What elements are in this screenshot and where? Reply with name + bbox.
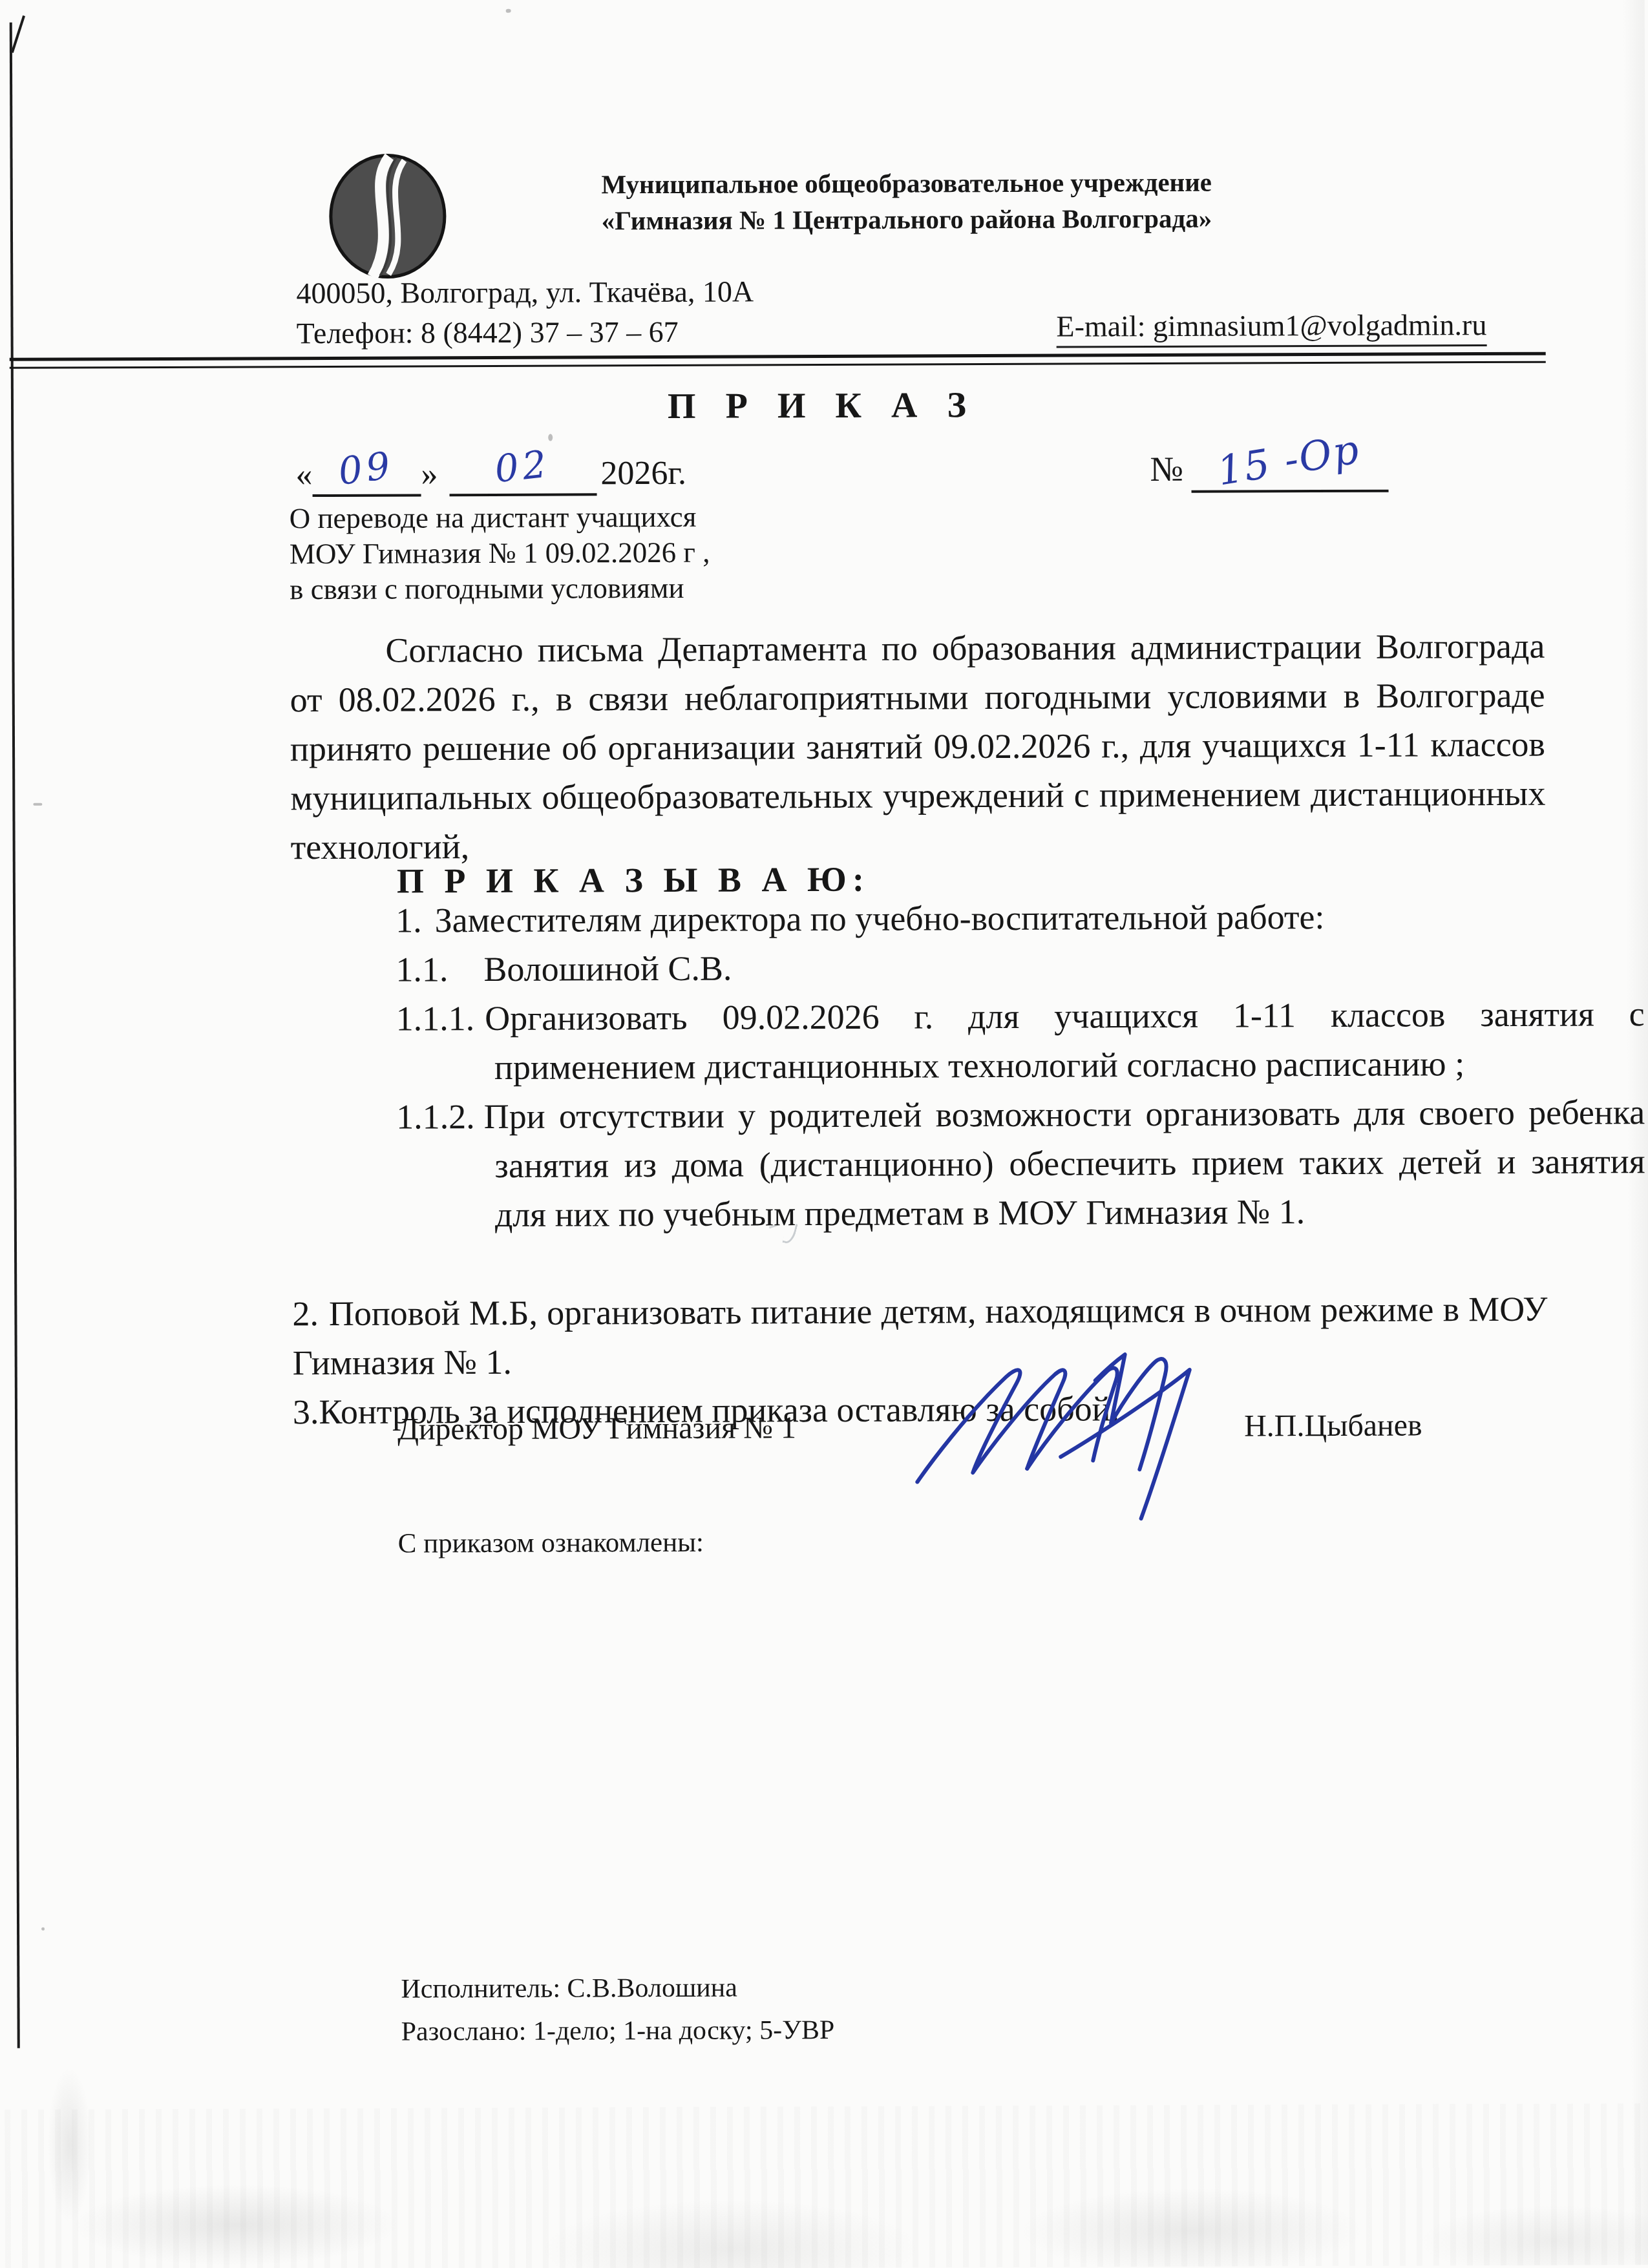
number-blank-line: 15 -Ор xyxy=(1191,443,1388,493)
subject-line2: МОУ Гимназия № 1 09.02.2026 г , xyxy=(290,535,710,572)
acknowledged-label: С приказом ознакомлены: xyxy=(398,1527,704,1560)
order-item-number: 3. xyxy=(293,1392,319,1431)
scan-speck xyxy=(506,9,511,13)
director-signature xyxy=(898,1340,1221,1535)
scan-left-edge-line xyxy=(10,23,20,2048)
distribution-line: Разослано: 1-дело; 1-на доску; 5-УВР xyxy=(401,2015,835,2048)
director-name: Н.П.Цыбанев xyxy=(1244,1407,1422,1444)
order-item-number: 2. xyxy=(292,1294,319,1333)
header-rule-top xyxy=(10,352,1546,361)
number-sign: № xyxy=(1150,450,1183,488)
order-item-number: 1. xyxy=(396,901,422,940)
handwritten-month: 02 xyxy=(492,441,553,491)
order-item-number: 1.1.1. xyxy=(396,999,475,1038)
phone-line: Телефон: 8 (8442) 37 – 37 – 67 xyxy=(296,315,678,350)
subject-block: О переводе на дистант учащихся МОУ Гимна… xyxy=(290,499,710,607)
scanned-document-page: Муниципальное общеобразовательное учрежд… xyxy=(0,0,1648,2268)
document-title: П Р И К А З xyxy=(0,382,1646,430)
day-blank-line: 09 xyxy=(312,450,421,497)
organization-name-line2: «Гимназия № 1 Центрального района Волгог… xyxy=(555,200,1259,238)
order-item-text: При отсутствии у родителей возможности о… xyxy=(484,1093,1645,1234)
order-item-text: Заместителям директора по учебно-воспита… xyxy=(434,898,1324,940)
order-item-1-1: 1.1.Волошиной С.В. xyxy=(396,940,1644,994)
order-item-1-1-2: 1.1.2.При отсутствии у родителей возможн… xyxy=(396,1087,1645,1239)
executor-line: Исполнитель: С.В.Волошина xyxy=(401,1973,737,2005)
scan-bottom-noise xyxy=(5,2103,1648,2268)
scan-speck xyxy=(41,1927,45,1931)
month-blank-line: 02 xyxy=(449,449,597,496)
order-item-1: 1.Заместителям директора по учебно-воспи… xyxy=(396,891,1644,945)
handwritten-order-number: 15 -Ор xyxy=(1214,425,1363,495)
email-line: E-mail: gimnasium1@volgadmin.ru xyxy=(1056,308,1486,348)
order-number-row: №15 -Ор xyxy=(1150,443,1388,493)
director-position-label: Директор МОУ Гимназия № 1 xyxy=(397,1410,796,1447)
organization-name-line1: Муниципальное общеобразовательное учрежд… xyxy=(555,163,1259,202)
organization-name: Муниципальное общеобразовательное учрежд… xyxy=(555,163,1259,238)
address-line: 400050, Волгоград, ул. Ткачёва, 10А xyxy=(296,274,754,310)
subject-line3: в связи с погодными условиями xyxy=(290,571,710,607)
scan-speck xyxy=(548,434,553,441)
order-item-number: 1.1.2. xyxy=(396,1097,475,1136)
scan-corner-mark xyxy=(11,16,25,53)
scan-speck xyxy=(33,803,42,806)
subject-line1: О переводе на дистант учащихся xyxy=(290,499,710,536)
header-rule-bottom xyxy=(10,361,1546,369)
open-quote: « xyxy=(295,456,312,493)
date-row: «09»022026г. xyxy=(295,449,686,497)
order-item-1-1-1: 1.1.1.Организовать 09.02.2026 г. для уча… xyxy=(396,989,1645,1092)
body-paragraph: Согласно письма Департамента по образова… xyxy=(290,622,1545,872)
scan-left-streak xyxy=(40,2038,99,2251)
order-item-number: 1.1. xyxy=(396,950,448,989)
close-quote: » xyxy=(421,456,438,492)
handwritten-day: 09 xyxy=(336,443,397,494)
year-label: 2026г. xyxy=(600,455,686,492)
order-item-text: Организовать 09.02.2026 г. для учащихся … xyxy=(485,994,1645,1087)
order-item-text: Волошиной С.В. xyxy=(483,949,732,989)
school-logo-icon xyxy=(324,152,452,280)
